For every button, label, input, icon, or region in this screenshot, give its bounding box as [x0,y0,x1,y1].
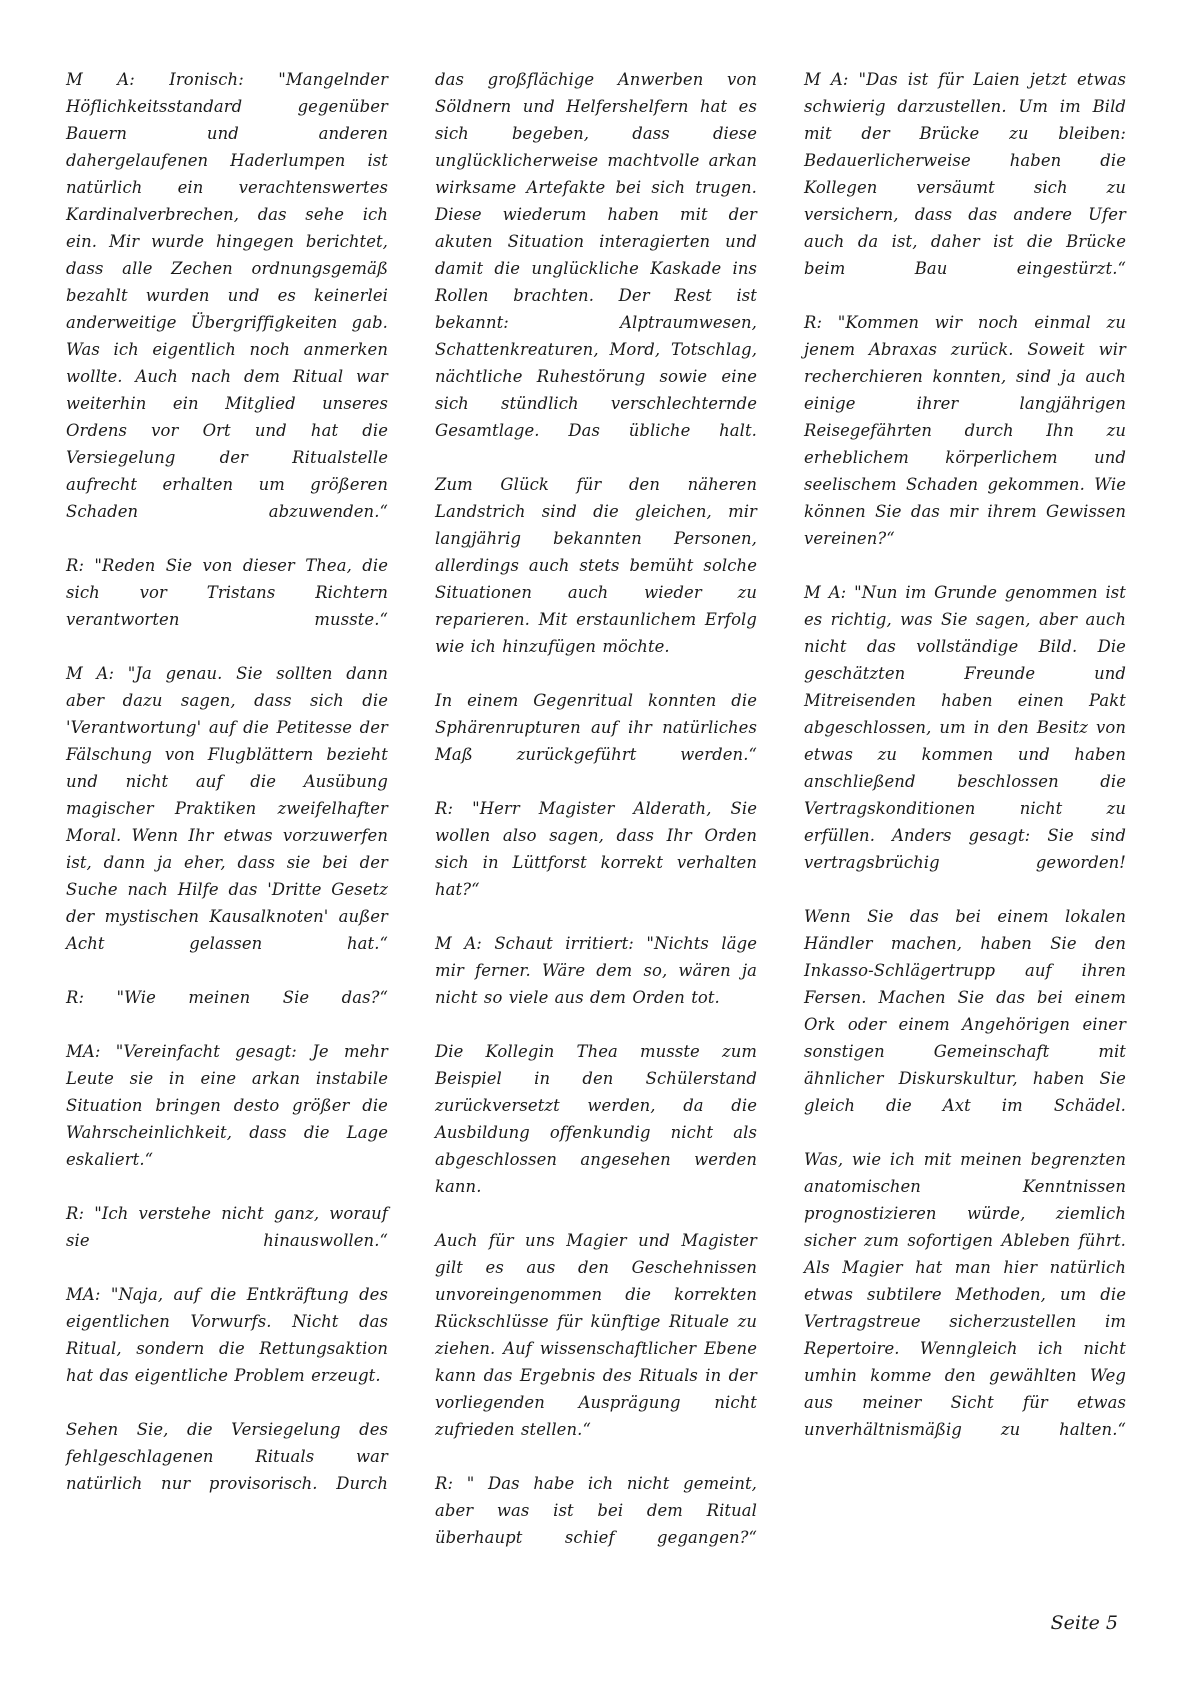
paragraph: Wenn Sie das bei einem lokalen Händler m… [804,903,1126,1119]
paragraph: M A: "Das ist für Laien jetzt etwas schw… [804,66,1126,282]
paragraph: das großflächige Anwerben von Söldnern u… [435,66,757,444]
paragraph: Was, wie ich mit meinen begrenzten anato… [804,1146,1126,1443]
column-left: M A: Ironisch: "Mangelnder Höflichkeitss… [66,66,388,1586]
paragraph: Die Kollegin Thea musste zum Beispiel in… [435,1038,757,1200]
page-number: Seite 5 [1000,1612,1118,1634]
paragraph: R: " Das habe ich nicht gemeint, aber wa… [435,1470,757,1551]
column-middle: das großflächige Anwerben von Söldnern u… [435,66,757,1586]
paragraph: Auch für uns Magier und Magister gilt es… [435,1227,757,1443]
article-page: M A: Ironisch: "Mangelnder Höflichkeitss… [66,66,1126,1586]
paragraph: Sehen Sie, die Versiegelung des fehlgesc… [66,1416,388,1497]
paragraph: R: "Kommen wir noch einmal zu jenem Abra… [804,309,1126,552]
paragraph: MA: "Vereinfacht gesagt: Je mehr Leute s… [66,1038,388,1173]
paragraph: R: "Ich verstehe nicht ganz, worauf sie … [66,1200,388,1254]
paragraph: R: "Herr Magister Alderath, Sie wollen a… [435,795,757,903]
paragraph: M A: "Nun im Grunde genommen ist es rich… [804,579,1126,876]
paragraph: MA: "Naja, auf die Entkräftung des eigen… [66,1281,388,1389]
paragraph: R: "Reden Sie von dieser Thea, die sich … [66,552,388,633]
paragraph: R: "Wie meinen Sie das?“ [66,984,388,1011]
paragraph: In einem Gegenritual konnten die Sphären… [435,687,757,768]
paragraph: Zum Glück für den näheren Landstrich sin… [435,471,757,660]
column-right: M A: "Das ist für Laien jetzt etwas schw… [804,66,1126,1586]
paragraph: M A: Ironisch: "Mangelnder Höflichkeitss… [66,66,388,525]
paragraph: M A: "Ja genau. Sie sollten dann aber da… [66,660,388,957]
paragraph: M A: Schaut irritiert: "Nichts läge mir … [435,930,757,1011]
